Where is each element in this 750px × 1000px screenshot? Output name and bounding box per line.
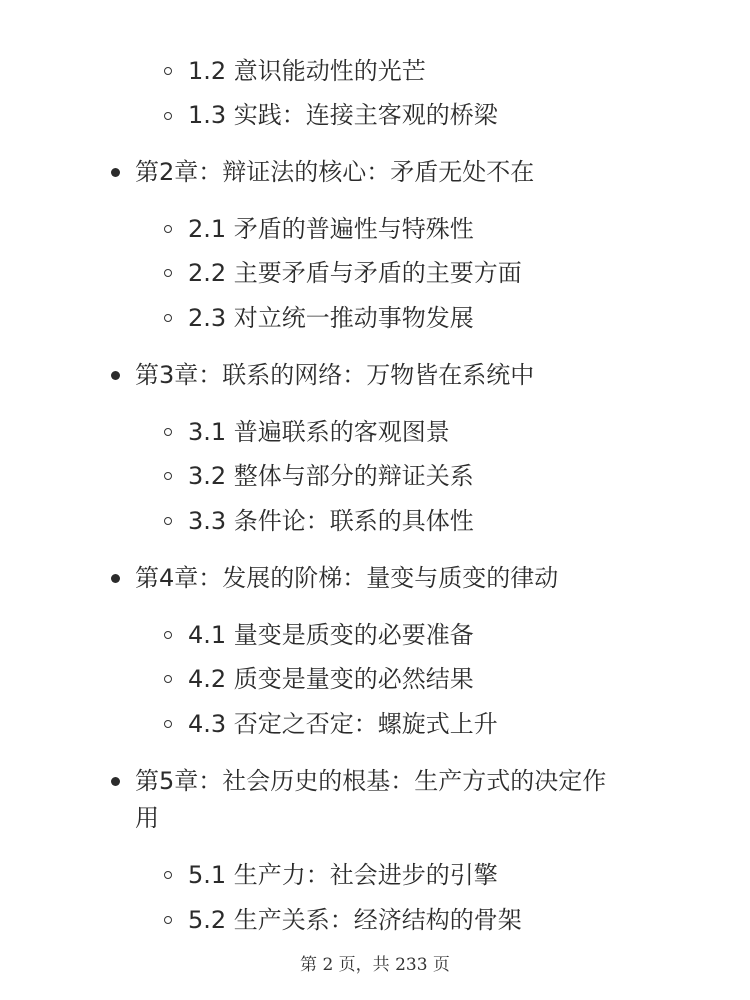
bullet-icon — [111, 574, 120, 583]
outline-subitem: 2.2 主要矛盾与矛盾的主要方面 — [188, 251, 522, 295]
outline-subitem: 2.3 对立统一推动事物发展 — [188, 296, 474, 340]
hollow-bullet-icon — [164, 631, 172, 639]
hollow-bullet-icon — [164, 517, 172, 525]
outline-subitem: 3.3 条件论：联系的具体性 — [188, 499, 474, 543]
hollow-bullet-icon — [164, 67, 172, 75]
outline-subitem: 1.2 意识能动性的光芒 — [188, 49, 426, 93]
outline-subitem: 3.1 普遍联系的客观图景 — [188, 410, 450, 454]
outline-chapter: 第3章：联系的网络：万物皆在系统中 — [135, 353, 534, 397]
outline-chapter: 第2章：辩证法的核心：矛盾无处不在 — [135, 150, 534, 194]
outline-chapter: 第5章：社会历史的根基：生产方式的决定作 — [135, 759, 606, 803]
outline-chapter: 第4章：发展的阶梯：量变与质变的律动 — [135, 556, 558, 600]
outline-subitem: 3.2 整体与部分的辩证关系 — [188, 454, 474, 498]
outline-subitem: 4.2 质变是量变的必然结果 — [188, 657, 474, 701]
outline-subitem: 1.3 实践：连接主客观的桥梁 — [188, 93, 498, 137]
hollow-bullet-icon — [164, 112, 172, 120]
bullet-icon — [111, 371, 120, 380]
outline-subitem: 4.3 否定之否定：螺旋式上升 — [188, 702, 498, 746]
hollow-bullet-icon — [164, 916, 172, 924]
document-page: 1.2 意识能动性的光芒 1.3 实践：连接主客观的桥梁 第2章：辩证法的核心：… — [0, 0, 750, 1000]
outline-subitem: 2.1 矛盾的普遍性与特殊性 — [188, 207, 474, 251]
hollow-bullet-icon — [164, 472, 172, 480]
hollow-bullet-icon — [164, 871, 172, 879]
outline-subitem: 5.1 生产力：社会进步的引擎 — [188, 853, 498, 897]
page-indicator: 第 2 页，共 233 页 — [0, 950, 750, 975]
hollow-bullet-icon — [164, 675, 172, 683]
hollow-bullet-icon — [164, 314, 172, 322]
outline-subitem: 4.1 量变是质变的必要准备 — [188, 613, 474, 657]
outline-subitem: 5.2 生产关系：经济结构的骨架 — [188, 898, 522, 942]
hollow-bullet-icon — [164, 269, 172, 277]
bullet-icon — [111, 168, 120, 177]
hollow-bullet-icon — [164, 225, 172, 233]
hollow-bullet-icon — [164, 428, 172, 436]
outline-chapter-wrap: 用 — [135, 796, 159, 840]
bullet-icon — [111, 777, 120, 786]
hollow-bullet-icon — [164, 720, 172, 728]
